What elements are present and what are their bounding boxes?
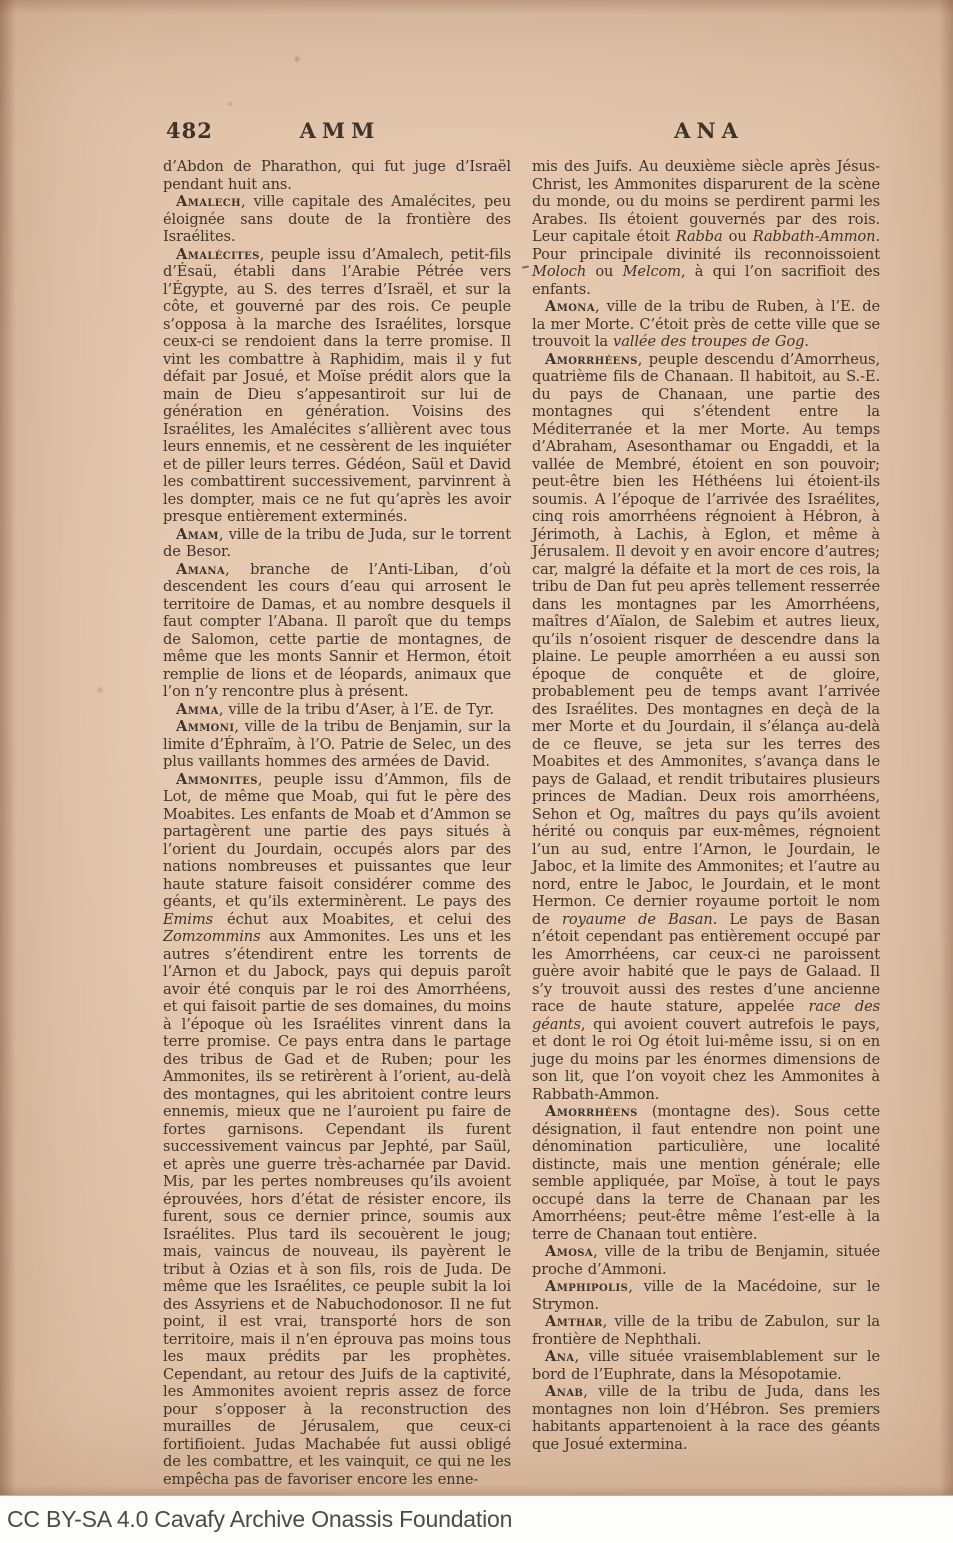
italic-term: Rabba: [676, 228, 723, 245]
license-bar: CC BY-SA 4.0 Cavafy Archive Onassis Foun…: [0, 1495, 953, 1543]
entry-paragraph: Amorrhéens, peuple descendu d’Amorrheus,…: [532, 351, 880, 1104]
entry-headword: Ammoni: [176, 718, 234, 735]
entry-paragraph: Amorrhéens (montagne des). Sous cette dé…: [532, 1103, 880, 1243]
entry-paragraph: Amam, ville de la tribu de Juda, sur le …: [163, 526, 511, 561]
entry-headword: Amona: [545, 298, 595, 315]
entry-text: .: [804, 333, 809, 350]
italic-term: vallée des troupes de Gog: [613, 333, 804, 350]
italic-term: Emims: [163, 911, 213, 928]
entry-text: d’Abdon de Pharathon, qui fut juge d’Isr…: [163, 158, 511, 193]
entry-headword: Amalech: [176, 193, 241, 210]
entry-paragraph: Ammoni, ville de la tribu de Benjamin, s…: [163, 718, 511, 771]
entry-text: , ville située vraisemblablement sur le …: [532, 1348, 880, 1383]
italic-term: Melcom: [623, 263, 681, 280]
entry-paragraph: Ammonites, peuple issu d’Ammon, fils de …: [163, 771, 511, 1489]
entry-text: ou: [586, 263, 622, 280]
entry-text: , qui avoient couvert autrefois le pays,…: [532, 1016, 880, 1103]
entry-paragraph: Amma, ville de la tribu d’Aser, à l’E. d…: [163, 701, 511, 719]
entry-text: , ville de la tribu de Juda, dans les mo…: [532, 1383, 880, 1453]
entry-paragraph: Amthar, ville de la tribu de Zabulon, su…: [532, 1313, 880, 1348]
entry-headword: Anab: [545, 1383, 583, 1400]
entry-headword: Amalécites: [176, 246, 260, 263]
entry-headword: Amma: [176, 701, 219, 718]
entry-text: échut aux Moabites, et celui des: [213, 911, 511, 928]
book-page-scan: 482 AMM ANA d’Abdon de Pharathon, qui fu…: [0, 0, 953, 1495]
entry-text: , ville de la tribu d’Aser, à l’E. de Ty…: [219, 701, 494, 718]
license-text: CC BY-SA 4.0 Cavafy Archive Onassis Foun…: [7, 1506, 512, 1533]
entry-text: , branche de l’Anti-Liban, d’où descende…: [163, 561, 511, 701]
entry-paragraph: Anab, ville de la tribu de Juda, dans le…: [532, 1383, 880, 1453]
page-number: 482: [166, 118, 213, 143]
entry-headword: Ammonites: [176, 771, 258, 788]
column-header-amm: AMM: [294, 118, 381, 143]
entry-text: , peuple issu d’Amalech, petit-fils d’És…: [163, 246, 511, 526]
entry-paragraph: Ana, ville située vraisemblablement sur …: [532, 1348, 880, 1383]
entry-headword: Amorrhéens: [545, 351, 638, 368]
entry-headword: Amosa: [545, 1243, 593, 1260]
left-header-cell: 482 AMM: [163, 118, 511, 143]
page-header: 482 AMM ANA: [163, 118, 880, 143]
entry-paragraph: Amona, ville de la tribu de Ruben, à l’E…: [532, 298, 880, 351]
entry-paragraph: Amana, branche de l’Anti-Liban, d’où des…: [163, 561, 511, 701]
entry-headword: Amam: [176, 526, 219, 543]
italic-term: Zomzommins: [163, 928, 260, 945]
entry-text: , peuple descendu d’Amorrheus, quatrième…: [532, 351, 880, 928]
entry-headword: Ana: [545, 1348, 574, 1365]
entry-text: ou: [723, 228, 753, 245]
entry-paragraph: Amalécites, peuple issu d’Amalech, petit…: [163, 246, 511, 526]
entry-paragraph: Amalech, ville capitale des Amalécites, …: [163, 193, 511, 246]
entry-text: (montagne des). Sous cette désignation, …: [532, 1103, 880, 1243]
entry-headword: Amphipolis: [545, 1278, 628, 1295]
entry-paragraph: d’Abdon de Pharathon, qui fut juge d’Isr…: [163, 158, 511, 193]
entry-paragraph: Amphipolis, ville de la Macédoine, sur l…: [532, 1278, 880, 1313]
entry-headword: Amthar: [545, 1313, 603, 1330]
entry-paragraph: mis des Juifs. Au deuxième siècle après …: [532, 158, 880, 298]
entry-text: aux Ammonites. Les uns et les autres s’é…: [163, 928, 511, 1488]
entry-text: , peuple issu d’Ammon, fils de Lot, de m…: [163, 771, 511, 911]
italic-term: royaume de Basan: [562, 911, 713, 928]
text-columns: d’Abdon de Pharathon, qui fut juge d’Isr…: [163, 158, 880, 1488]
italic-term: Rabbath-Ammon: [753, 228, 876, 245]
entry-paragraph: Amosa, ville de la tribu de Benjamin, si…: [532, 1243, 880, 1278]
column-header-ana: ANA: [668, 118, 744, 143]
right-header-cell: ANA: [532, 118, 880, 143]
page-content: 482 AMM ANA d’Abdon de Pharathon, qui fu…: [163, 118, 880, 1488]
italic-term: Moloch: [532, 263, 586, 280]
entry-headword: Amana: [176, 561, 225, 578]
left-column: d’Abdon de Pharathon, qui fut juge d’Isr…: [163, 158, 511, 1488]
entry-headword: Amorrhéens: [545, 1103, 638, 1120]
right-column: mis des Juifs. Au deuxième siècle après …: [532, 158, 880, 1488]
